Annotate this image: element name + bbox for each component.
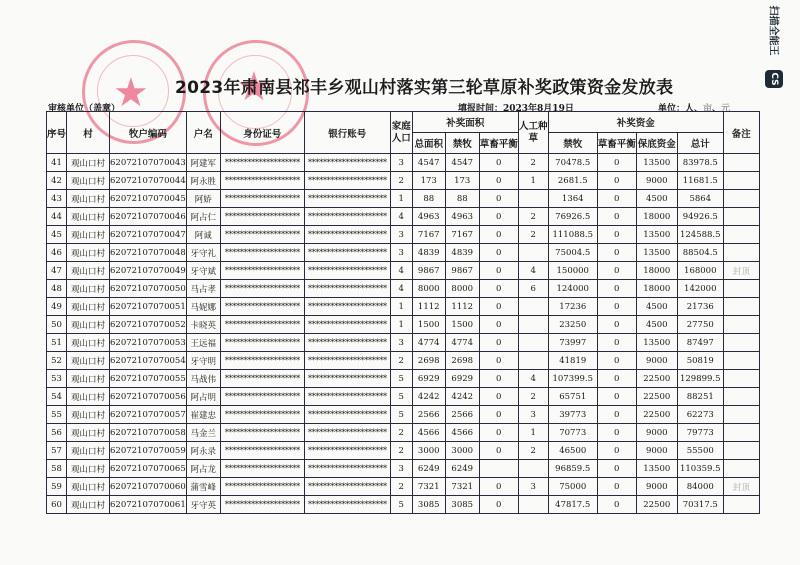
- cell-id-number: ********************: [220, 262, 304, 280]
- cell-grazing-ban-funds: 111088.5: [548, 226, 597, 244]
- cell-id-number: ********************: [220, 388, 304, 406]
- header-village: 村: [67, 112, 110, 154]
- cell-balance-funds: 0: [597, 334, 636, 352]
- cell-remarks: [723, 370, 759, 388]
- header-household-size: 家庭人口: [390, 112, 412, 154]
- cell-guarantee-funds: 13500: [636, 244, 677, 262]
- cell-name: 马占孝: [186, 280, 220, 298]
- cell-balance-area: 0: [479, 370, 518, 388]
- cell-artificial-grass: 2: [518, 226, 548, 244]
- cell-household-size: 3: [390, 334, 412, 352]
- table-row: 54观山口村62072107070056阿占明*****************…: [47, 388, 760, 406]
- cell-bank-account: *********************: [304, 280, 390, 298]
- cell-balance-area: [479, 460, 518, 478]
- cell-balance-funds: 0: [597, 316, 636, 334]
- cell-household-size: 3: [390, 154, 412, 172]
- cell-total: 94926.5: [677, 208, 723, 226]
- cell-remarks: [723, 406, 759, 424]
- cell-balance-area: 0: [479, 388, 518, 406]
- cell-household-size: 5: [390, 406, 412, 424]
- cell-id-number: ********************: [220, 478, 304, 496]
- table-row: 55观山口村62072107070057崔建忠*****************…: [47, 406, 760, 424]
- cell-name: 马金兰: [186, 424, 220, 442]
- cell-household-size: 1: [390, 316, 412, 334]
- cell-bank-account: *********************: [304, 406, 390, 424]
- cell-guarantee-funds: 13500: [636, 226, 677, 244]
- cell-seq: 43: [47, 190, 67, 208]
- cell-bank-account: *********************: [304, 154, 390, 172]
- cell-balance-area: 0: [479, 154, 518, 172]
- cell-id-number: ********************: [220, 334, 304, 352]
- cell-balance-funds: 0: [597, 208, 636, 226]
- cell-herder-code: 62072107070055: [110, 370, 187, 388]
- header-seq: 序号: [47, 112, 67, 154]
- cell-seq: 53: [47, 370, 67, 388]
- cell-grazing-ban-area: 7167: [445, 226, 479, 244]
- cell-balance-area: 0: [479, 172, 518, 190]
- cell-total: 11681.5: [677, 172, 723, 190]
- cell-village: 观山口村: [67, 298, 110, 316]
- cell-grazing-ban-area: 4774: [445, 334, 479, 352]
- cell-village: 观山口村: [67, 316, 110, 334]
- cell-herder-code: 62072107070051: [110, 298, 187, 316]
- cell-seq: 54: [47, 388, 67, 406]
- cell-seq: 46: [47, 244, 67, 262]
- cell-guarantee-funds: 4500: [636, 316, 677, 334]
- cell-name: 阿永录: [186, 442, 220, 460]
- table-row: 42观山口村62072107070044阿永胜*****************…: [47, 172, 760, 190]
- cell-household-size: 5: [390, 388, 412, 406]
- cell-household-size: 3: [390, 244, 412, 262]
- cell-herder-code: 62072107070061: [110, 496, 187, 514]
- cell-herder-code: 62072107070045: [110, 190, 187, 208]
- cell-grazing-ban-area: 4242: [445, 388, 479, 406]
- cell-artificial-grass: 2: [518, 388, 548, 406]
- cell-name: 阿占明: [186, 388, 220, 406]
- cell-grazing-ban-area: 6929: [445, 370, 479, 388]
- cell-grazing-ban-funds: 96859.5: [548, 460, 597, 478]
- cell-total: 21736: [677, 298, 723, 316]
- cell-village: 观山口村: [67, 244, 110, 262]
- cell-guarantee-funds: 18000: [636, 262, 677, 280]
- cell-balance-funds: 0: [597, 226, 636, 244]
- cell-bank-account: *********************: [304, 478, 390, 496]
- cell-village: 观山口村: [67, 172, 110, 190]
- cell-remarks: [723, 244, 759, 262]
- cell-grazing-ban-area: 1112: [445, 298, 479, 316]
- cell-grazing-ban-area: 7321: [445, 478, 479, 496]
- cell-bank-account: *********************: [304, 334, 390, 352]
- cell-bank-account: *********************: [304, 460, 390, 478]
- cell-seq: 45: [47, 226, 67, 244]
- header-balance-funds: 草畜平衡: [597, 133, 636, 154]
- cell-total-area: 6249: [412, 460, 445, 478]
- cell-artificial-grass: [518, 460, 548, 478]
- cell-id-number: ********************: [220, 172, 304, 190]
- cell-grazing-ban-area: 173: [445, 172, 479, 190]
- cell-grazing-ban-area: 8000: [445, 280, 479, 298]
- cell-bank-account: *********************: [304, 442, 390, 460]
- table-row: 53观山口村62072107070055马战伟*****************…: [47, 370, 760, 388]
- cell-bank-account: *********************: [304, 370, 390, 388]
- cell-village: 观山口村: [67, 388, 110, 406]
- cell-grazing-ban-funds: 124000: [548, 280, 597, 298]
- cell-grazing-ban-funds: 39773: [548, 406, 597, 424]
- cell-grazing-ban-funds: 46500: [548, 442, 597, 460]
- header-guarantee-funds: 保底资金: [636, 133, 677, 154]
- cell-herder-code: 62072107070049: [110, 262, 187, 280]
- cell-balance-area: 0: [479, 442, 518, 460]
- header-herder-code: 牧户编码: [110, 112, 187, 154]
- cell-seq: 52: [47, 352, 67, 370]
- cell-balance-area: 0: [479, 226, 518, 244]
- cell-guarantee-funds: 9000: [636, 352, 677, 370]
- cell-seq: 49: [47, 298, 67, 316]
- cell-total-area: 2566: [412, 406, 445, 424]
- cell-id-number: ********************: [220, 298, 304, 316]
- cell-bank-account: *********************: [304, 298, 390, 316]
- cell-id-number: ********************: [220, 406, 304, 424]
- table-row: 44观山口村62072107070046阿占仁*****************…: [47, 208, 760, 226]
- cell-artificial-grass: 4: [518, 370, 548, 388]
- cell-remarks: [723, 190, 759, 208]
- table-row: 46观山口村62072107070048牙守礼*****************…: [47, 244, 760, 262]
- cell-village: 观山口村: [67, 478, 110, 496]
- cell-guarantee-funds: 22500: [636, 388, 677, 406]
- cell-grazing-ban-funds: 73997: [548, 334, 597, 352]
- cell-balance-funds: 0: [597, 280, 636, 298]
- cell-remarks: [723, 460, 759, 478]
- cell-name: 阿诚: [186, 226, 220, 244]
- cell-balance-funds: 0: [597, 244, 636, 262]
- cell-herder-code: 62072107070043: [110, 154, 187, 172]
- cell-name: 牙守明: [186, 352, 220, 370]
- cell-grazing-ban-funds: 76926.5: [548, 208, 597, 226]
- cell-artificial-grass: 3: [518, 406, 548, 424]
- cell-balance-area: 0: [479, 352, 518, 370]
- cell-total-area: 8000: [412, 280, 445, 298]
- header-bank-account: 银行账号: [304, 112, 390, 154]
- header-artificial-grass: 人工种草: [518, 112, 548, 154]
- cell-household-size: 3: [390, 226, 412, 244]
- cell-total-area: 6929: [412, 370, 445, 388]
- cell-total-area: 173: [412, 172, 445, 190]
- cell-balance-funds: 0: [597, 154, 636, 172]
- cell-herder-code: 62072107070047: [110, 226, 187, 244]
- cell-guarantee-funds: 18000: [636, 280, 677, 298]
- cell-artificial-grass: 6: [518, 280, 548, 298]
- cell-guarantee-funds: 22500: [636, 406, 677, 424]
- cell-remarks: [723, 424, 759, 442]
- cell-household-size: 2: [390, 424, 412, 442]
- cell-balance-funds: 0: [597, 478, 636, 496]
- cell-total-area: 4242: [412, 388, 445, 406]
- cell-grazing-ban-area: 4963: [445, 208, 479, 226]
- cell-total-area: 4839: [412, 244, 445, 262]
- cell-herder-code: 62072107070056: [110, 388, 187, 406]
- cell-guarantee-funds: 9000: [636, 478, 677, 496]
- cell-total-area: 4774: [412, 334, 445, 352]
- cell-total-area: 4547: [412, 154, 445, 172]
- cell-name: 牙守礼: [186, 244, 220, 262]
- cell-bank-account: *********************: [304, 388, 390, 406]
- cell-remarks: [723, 172, 759, 190]
- cell-remarks: [723, 154, 759, 172]
- cell-village: 观山口村: [67, 190, 110, 208]
- cell-household-size: 2: [390, 172, 412, 190]
- cell-grazing-ban-funds: 150000: [548, 262, 597, 280]
- cell-bank-account: *********************: [304, 226, 390, 244]
- cell-village: 观山口村: [67, 334, 110, 352]
- cell-village: 观山口村: [67, 154, 110, 172]
- cell-herder-code: 62072107070065: [110, 460, 187, 478]
- app-name: 扫描全能王: [768, 6, 783, 70]
- cell-seq: 42: [47, 172, 67, 190]
- cell-name: 王远福: [186, 334, 220, 352]
- cell-total: 110359.5: [677, 460, 723, 478]
- camscanner-logo-icon: CS: [765, 70, 783, 88]
- cell-grazing-ban-area: 1500: [445, 316, 479, 334]
- cell-guarantee-funds: 13500: [636, 334, 677, 352]
- cell-grazing-ban-funds: 70773: [548, 424, 597, 442]
- cell-balance-funds: 0: [597, 388, 636, 406]
- table-row: 41观山口村62072107070043阿建军*****************…: [47, 154, 760, 172]
- cell-id-number: ********************: [220, 460, 304, 478]
- cell-grazing-ban-area: 4566: [445, 424, 479, 442]
- table-row: 43观山口村62072107070045阿娇******************…: [47, 190, 760, 208]
- cell-total: 62273: [677, 406, 723, 424]
- cell-guarantee-funds: 9000: [636, 172, 677, 190]
- cell-grazing-ban-funds: 107399.5: [548, 370, 597, 388]
- cell-total: 88504.5: [677, 244, 723, 262]
- cell-artificial-grass: [518, 496, 548, 514]
- cell-id-number: ********************: [220, 244, 304, 262]
- table-row: 49观山口村62072107070051马妮娜*****************…: [47, 298, 760, 316]
- cell-grazing-ban-funds: 23250: [548, 316, 597, 334]
- cell-village: 观山口村: [67, 406, 110, 424]
- subsidy-table: 序号 村 牧户编码 户名 身份证号 银行账号 家庭人口 补奖面积 人工种草 补奖…: [46, 111, 760, 514]
- cell-total: 168000: [677, 262, 723, 280]
- cell-balance-area: 0: [479, 280, 518, 298]
- cell-seq: 50: [47, 316, 67, 334]
- cell-remarks: [723, 442, 759, 460]
- cell-id-number: ********************: [220, 190, 304, 208]
- cell-village: 观山口村: [67, 424, 110, 442]
- table-row: 48观山口村62072107070050马占孝*****************…: [47, 280, 760, 298]
- cell-herder-code: 62072107070050: [110, 280, 187, 298]
- cell-id-number: ********************: [220, 496, 304, 514]
- cell-grazing-ban-area: 88: [445, 190, 479, 208]
- cell-total-area: 3085: [412, 496, 445, 514]
- cell-total: 83978.5: [677, 154, 723, 172]
- cell-total: 27750: [677, 316, 723, 334]
- cell-balance-area: 0: [479, 478, 518, 496]
- cell-bank-account: *********************: [304, 316, 390, 334]
- cell-grazing-ban-area: 9867: [445, 262, 479, 280]
- header-remarks: 备注: [723, 112, 759, 154]
- cell-balance-funds: 0: [597, 172, 636, 190]
- cell-village: 观山口村: [67, 442, 110, 460]
- cell-seq: 57: [47, 442, 67, 460]
- cell-grazing-ban-funds: 1364: [548, 190, 597, 208]
- cell-herder-code: 62072107070054: [110, 352, 187, 370]
- cell-village: 观山口村: [67, 226, 110, 244]
- cell-name: 阿永胜: [186, 172, 220, 190]
- cell-total-area: 1112: [412, 298, 445, 316]
- cell-seq: 58: [47, 460, 67, 478]
- cell-seq: 47: [47, 262, 67, 280]
- cell-artificial-grass: 4: [518, 262, 548, 280]
- table-row: 45观山口村62072107070047阿诚******************…: [47, 226, 760, 244]
- cell-remarks: 封顶: [723, 478, 759, 496]
- cell-id-number: ********************: [220, 442, 304, 460]
- cell-name: 牙守英: [186, 496, 220, 514]
- cell-seq: 56: [47, 424, 67, 442]
- cell-balance-area: 0: [479, 298, 518, 316]
- cell-grazing-ban-funds: 2681.5: [548, 172, 597, 190]
- cell-total: 129899.5: [677, 370, 723, 388]
- cell-total-area: 7167: [412, 226, 445, 244]
- header-name: 户名: [186, 112, 220, 154]
- cell-bank-account: *********************: [304, 496, 390, 514]
- cell-balance-funds: 0: [597, 406, 636, 424]
- cell-household-size: 2: [390, 352, 412, 370]
- cell-bank-account: *********************: [304, 352, 390, 370]
- cell-village: 观山口村: [67, 208, 110, 226]
- cell-remarks: [723, 352, 759, 370]
- cell-grazing-ban-funds: 17236: [548, 298, 597, 316]
- scanned-document-page: ★ ★ 2023年肃南县祁丰乡观山村落实第三轮草原补奖政策资金发放表 审核单位（…: [0, 0, 800, 565]
- cell-guarantee-funds: 22500: [636, 496, 677, 514]
- cell-balance-funds: 0: [597, 298, 636, 316]
- cell-balance-area: 0: [479, 244, 518, 262]
- cell-total-area: 9867: [412, 262, 445, 280]
- cell-grazing-ban-area: 3000: [445, 442, 479, 460]
- cell-balance-funds: 0: [597, 262, 636, 280]
- cell-name: 阿建军: [186, 154, 220, 172]
- cell-grazing-ban-area: 4547: [445, 154, 479, 172]
- cell-village: 观山口村: [67, 352, 110, 370]
- cell-id-number: ********************: [220, 280, 304, 298]
- cell-guarantee-funds: 13500: [636, 154, 677, 172]
- table-row: 47观山口村62072107070049牙守斌*****************…: [47, 262, 760, 280]
- cell-remarks: [723, 334, 759, 352]
- cell-seq: 41: [47, 154, 67, 172]
- cell-seq: 60: [47, 496, 67, 514]
- cell-total: 50819: [677, 352, 723, 370]
- cell-bank-account: *********************: [304, 424, 390, 442]
- cell-total: 88251: [677, 388, 723, 406]
- cell-household-size: 4: [390, 262, 412, 280]
- cell-bank-account: *********************: [304, 262, 390, 280]
- header-subsidy-funds: 补奖资金: [548, 112, 723, 133]
- cell-name: 崔建忠: [186, 406, 220, 424]
- cell-balance-funds: 0: [597, 370, 636, 388]
- cell-balance-funds: 0: [597, 352, 636, 370]
- cell-herder-code: 62072107070058: [110, 424, 187, 442]
- cell-name: 马妮娜: [186, 298, 220, 316]
- cell-id-number: ********************: [220, 370, 304, 388]
- cell-household-size: 2: [390, 442, 412, 460]
- cell-balance-area: 0: [479, 496, 518, 514]
- cell-remarks: [723, 226, 759, 244]
- cell-artificial-grass: 1: [518, 172, 548, 190]
- cell-household-size: 5: [390, 496, 412, 514]
- cell-herder-code: 62072107070057: [110, 406, 187, 424]
- cell-herder-code: 62072107070053: [110, 334, 187, 352]
- cell-id-number: ********************: [220, 208, 304, 226]
- cell-seq: 59: [47, 478, 67, 496]
- cell-village: 观山口村: [67, 460, 110, 478]
- cell-total-area: 4566: [412, 424, 445, 442]
- cell-household-size: 5: [390, 370, 412, 388]
- cell-balance-funds: 0: [597, 460, 636, 478]
- cell-total: 84000: [677, 478, 723, 496]
- cell-remarks: [723, 496, 759, 514]
- cell-id-number: ********************: [220, 226, 304, 244]
- cell-total: 124588.5: [677, 226, 723, 244]
- cell-village: 观山口村: [67, 370, 110, 388]
- cell-grazing-ban-area: 6249: [445, 460, 479, 478]
- cell-guarantee-funds: 13500: [636, 460, 677, 478]
- cell-herder-code: 62072107070048: [110, 244, 187, 262]
- cell-village: 观山口村: [67, 496, 110, 514]
- cell-artificial-grass: 2: [518, 208, 548, 226]
- cell-grazing-ban-funds: 75000: [548, 478, 597, 496]
- cell-guarantee-funds: 22500: [636, 370, 677, 388]
- cell-artificial-grass: [518, 298, 548, 316]
- cell-herder-code: 62072107070044: [110, 172, 187, 190]
- cell-artificial-grass: [518, 244, 548, 262]
- cell-grazing-ban-area: 2566: [445, 406, 479, 424]
- cell-total-area: 4963: [412, 208, 445, 226]
- cell-total: 79773: [677, 424, 723, 442]
- table-row: 57观山口村62072107070059阿永录*****************…: [47, 442, 760, 460]
- cell-name: 蒲雪峰: [186, 478, 220, 496]
- cell-balance-funds: 0: [597, 424, 636, 442]
- cell-id-number: ********************: [220, 316, 304, 334]
- cell-remarks: [723, 208, 759, 226]
- cell-name: 牙守斌: [186, 262, 220, 280]
- cell-total-area: 2698: [412, 352, 445, 370]
- cell-balance-area: 0: [479, 406, 518, 424]
- cell-guarantee-funds: 9000: [636, 442, 677, 460]
- cell-grazing-ban-area: 4839: [445, 244, 479, 262]
- cell-total: 5864: [677, 190, 723, 208]
- camscanner-watermark: 扫描全能王 CS: [765, 8, 785, 88]
- cell-household-size: 3: [390, 460, 412, 478]
- cell-balance-area: 0: [479, 262, 518, 280]
- cell-artificial-grass: [518, 316, 548, 334]
- cell-artificial-grass: 1: [518, 424, 548, 442]
- cell-id-number: ********************: [220, 352, 304, 370]
- table-row: 52观山口村62072107070054牙守明*****************…: [47, 352, 760, 370]
- cell-artificial-grass: [518, 190, 548, 208]
- cell-herder-code: 62072107070052: [110, 316, 187, 334]
- cell-remarks: [723, 280, 759, 298]
- cell-guarantee-funds: 9000: [636, 424, 677, 442]
- cell-total: 70317.5: [677, 496, 723, 514]
- cell-balance-area: 0: [479, 316, 518, 334]
- cell-total: 87497: [677, 334, 723, 352]
- cell-household-size: 1: [390, 190, 412, 208]
- document-title: 2023年肃南县祁丰乡观山村落实第三轮草原补奖政策资金发放表: [175, 73, 635, 98]
- header-total-area: 总面积: [412, 133, 445, 154]
- cell-guarantee-funds: 4500: [636, 190, 677, 208]
- cell-seq: 48: [47, 280, 67, 298]
- cell-remarks: [723, 298, 759, 316]
- cell-name: 卡晓英: [186, 316, 220, 334]
